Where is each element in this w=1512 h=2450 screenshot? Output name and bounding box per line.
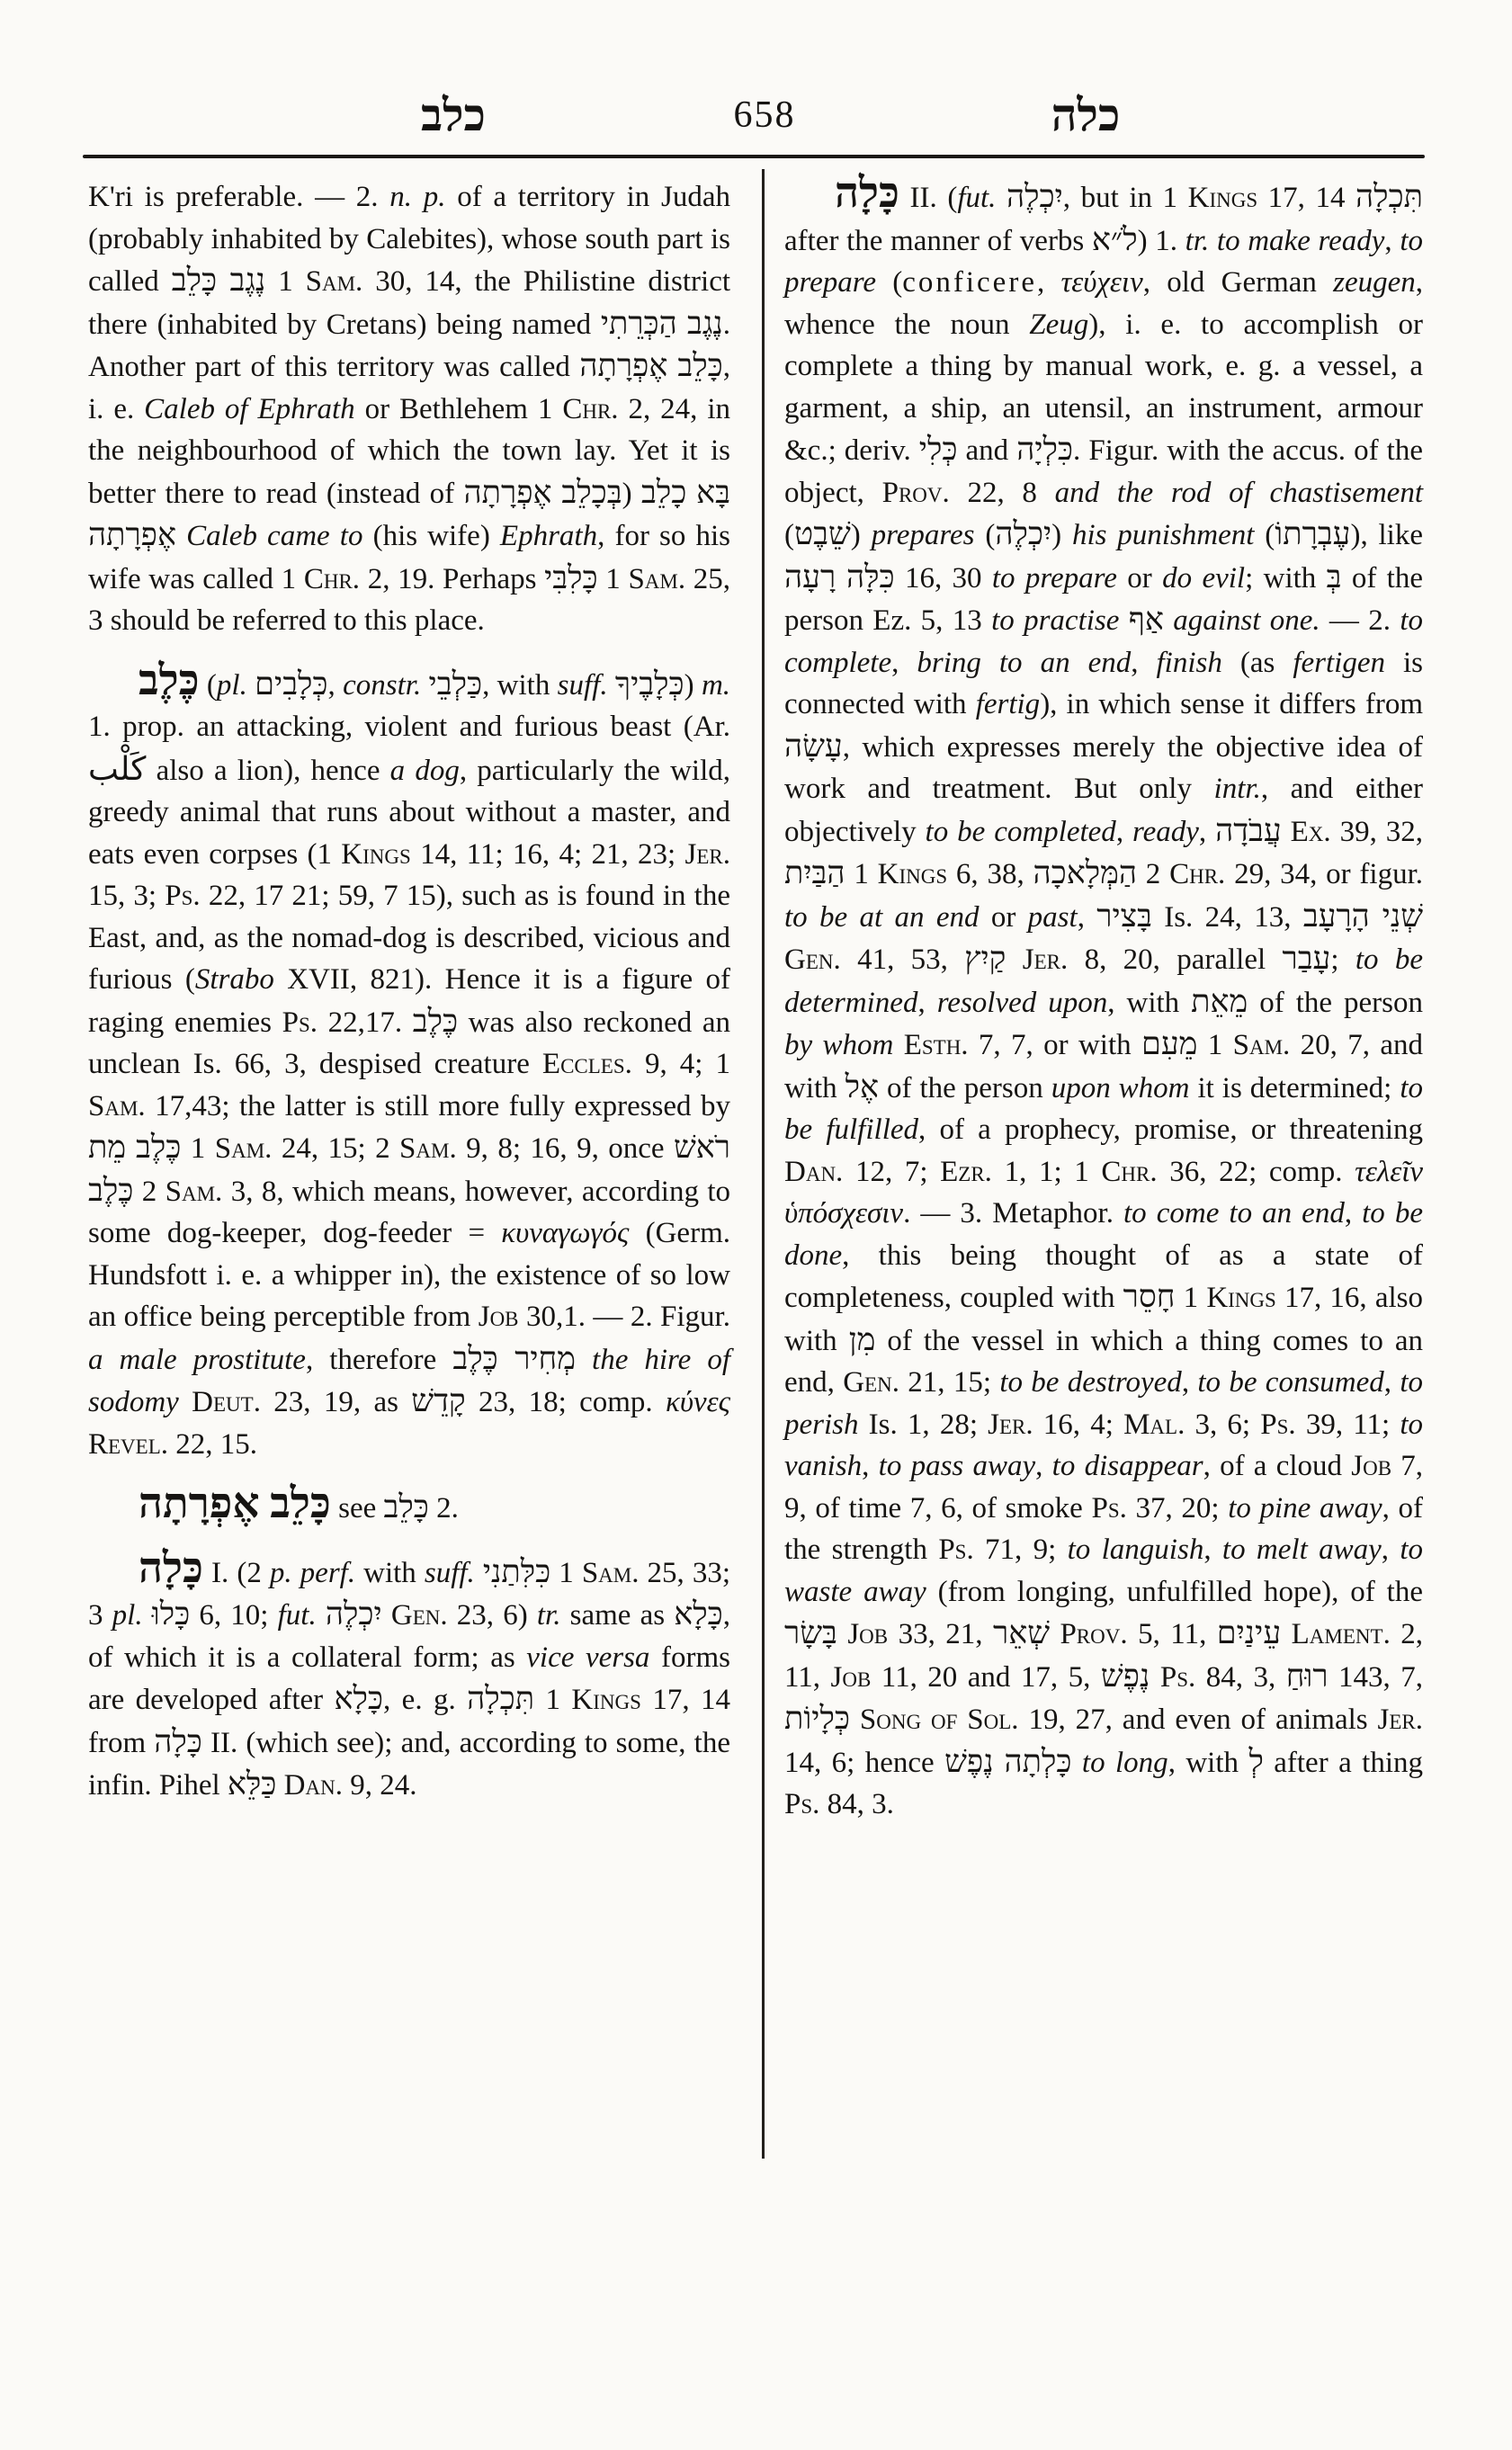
hebrew-word: מִן <box>849 1322 876 1357</box>
italic-text: past <box>1028 901 1078 934</box>
hebrew-word: יִכְלֶה <box>995 516 1051 551</box>
hebrew-word: קָדֵשׁ <box>411 1383 465 1418</box>
hebrew-word: מֵעִם <box>1141 1026 1197 1061</box>
italic-text: to prepare <box>992 562 1117 595</box>
reference-abbrev: Sam. <box>1233 1029 1291 1061</box>
text <box>1072 1747 1082 1779</box>
text <box>893 1029 903 1061</box>
text: or Bethlehem 1 <box>355 393 563 425</box>
text: ) 1. <box>1138 225 1185 257</box>
text: 37, 20; <box>1127 1492 1228 1525</box>
hebrew-word: כְּלָיוֹת <box>784 1701 850 1736</box>
reference-abbrev: Kings <box>341 838 411 871</box>
hebrew-word: תִּכְלָה <box>467 1681 534 1716</box>
italic-text: a male prostitute <box>88 1344 306 1376</box>
reference-abbrev: Sam. <box>399 1132 457 1165</box>
reference-abbrev: Sam. <box>215 1132 273 1165</box>
italic-text: resolved upon <box>937 987 1108 1019</box>
italic-text: to come to an end <box>1123 1197 1345 1229</box>
reference-abbrev: Sam. <box>582 1557 640 1589</box>
hebrew-word: נֶגֶב הַכְּרֵתִי <box>601 306 723 341</box>
text: ( <box>975 519 996 551</box>
text: 33, 21, <box>888 1618 993 1650</box>
italic-text: fut. <box>278 1599 317 1632</box>
left-column: K'ri is preferable. — 2. n. p. of a terr… <box>88 176 730 1807</box>
text: 36, 22; comp. <box>1158 1156 1355 1188</box>
italic-text: to pine away <box>1228 1492 1382 1525</box>
hebrew-word: עֵינַיִם <box>1217 1615 1281 1650</box>
text <box>1164 604 1173 637</box>
reference-abbrev: Kings <box>571 1684 641 1716</box>
hebrew-word: עֶבְרָתוֹ <box>1275 516 1350 551</box>
reference-abbrev: Gen. <box>784 943 841 976</box>
reference-abbrev: Chr. <box>562 393 618 425</box>
text: 143, 7, <box>1329 1661 1423 1694</box>
text: 23, 6) <box>448 1599 537 1632</box>
italic-text: fertig <box>976 688 1041 720</box>
hebrew-word: כָּלֵב <box>384 1489 429 1525</box>
text <box>421 669 428 702</box>
text <box>1006 943 1022 976</box>
italic-text: m. <box>702 669 730 702</box>
text: after the manner of verbs <box>784 225 1092 257</box>
reference-abbrev: Ex. <box>1291 816 1331 848</box>
italic-text: zeugen <box>1333 266 1416 299</box>
reference-abbrev: Mal. <box>1123 1408 1185 1441</box>
italic-text: against one. <box>1173 604 1320 637</box>
entry-kalah-I: כָּלָה I. (2 p. perf. with suff. כִּלִּת… <box>88 1551 730 1807</box>
hebrew-headword: כָּלֵב אֶפְרָתָה <box>139 1480 331 1527</box>
text: ), in which sense it differs from <box>1040 688 1423 720</box>
text: , <box>1035 1450 1052 1482</box>
right-column: כָּלָה II. (fut. יִכְלֶה, but in 1 Kings… <box>784 176 1423 1826</box>
hebrew-word: כָּלִבִּי <box>544 560 598 595</box>
reference-abbrev: Jer. <box>1378 1703 1423 1736</box>
italic-text: ready <box>1132 816 1199 848</box>
hebrew-word: לְ <box>1248 1744 1263 1779</box>
text: , with <box>1168 1747 1249 1779</box>
text: K'ri is preferable. — 2. <box>88 181 389 213</box>
text: Is. 1, 28; <box>859 1408 989 1441</box>
text: 1 <box>1197 1029 1232 1061</box>
reference-abbrev: Ps. <box>1260 1408 1295 1441</box>
italic-text: suff. <box>558 669 608 702</box>
text: , but in 1 <box>1063 182 1188 214</box>
italic-text: bring to an end <box>917 647 1131 679</box>
text: 22,17. <box>318 1006 413 1039</box>
reference-abbrev: Chr. <box>1169 858 1225 890</box>
hebrew-headword: כָּלָה <box>835 170 899 217</box>
text: , therefore <box>306 1344 452 1376</box>
text: 84, 3, <box>1195 1661 1285 1694</box>
italic-text: and the rod of chastisement <box>1055 477 1423 509</box>
reference-abbrev: Ps. <box>938 1533 973 1566</box>
hebrew-word: שְׁאֵר <box>993 1615 1050 1650</box>
hebrew-word: קַיִץ <box>964 941 1006 976</box>
greek-word: κύνες <box>666 1386 730 1418</box>
hebrew-word: כְּלָבֶיךָ <box>615 666 684 702</box>
text: 24, 15; 2 <box>272 1132 399 1165</box>
text: of the person <box>1248 987 1423 1019</box>
italic-text: pl. <box>112 1599 143 1632</box>
text: 17, 14 <box>1257 182 1355 214</box>
hebrew-word: יִכְלֶה <box>1007 179 1063 214</box>
italic-text: prepares <box>872 519 975 551</box>
text: (from longing, unfulfilled hope), of the <box>926 1576 1423 1608</box>
text: 1, 1; 1 <box>992 1156 1101 1188</box>
italic-text: to be destroyed <box>999 1366 1182 1399</box>
reference-abbrev: Dan. <box>784 1156 843 1188</box>
text: I. (2 <box>203 1557 270 1589</box>
hebrew-word: כָּלָא <box>674 1596 722 1632</box>
hebrew-word: נֶפֶשׁ <box>1101 1659 1150 1694</box>
text: 23, 18; comp. <box>466 1386 666 1418</box>
text: , <box>1384 225 1400 257</box>
hebrew-word: עֲבֹדָה <box>1215 813 1282 848</box>
italic-text: Zeug <box>1029 308 1088 341</box>
italic-text: upon whom <box>1051 1072 1190 1104</box>
text: or <box>1117 562 1162 595</box>
text: 2, 19. Perhaps <box>360 563 544 595</box>
reference-abbrev: Ps. <box>784 1788 819 1820</box>
reference-abbrev: Sam. <box>88 1090 146 1122</box>
italic-text: do evil <box>1162 562 1245 595</box>
hebrew-word: הַמְּלָאכָה <box>1033 855 1138 890</box>
text: 3, 6; <box>1185 1408 1260 1441</box>
reference-abbrev: Sam. <box>628 563 685 595</box>
text: , <box>1037 266 1060 299</box>
text: , with <box>482 669 558 702</box>
italic-text: intr. <box>1214 773 1261 805</box>
text <box>1281 1618 1291 1650</box>
text: see <box>331 1492 384 1525</box>
text: 1 <box>598 563 629 595</box>
text: , e. g. <box>383 1684 467 1716</box>
text: 14, 11; 16, 4; 21, 23; <box>411 838 685 871</box>
hebrew-word: כְּלָבִים <box>255 666 327 702</box>
italic-text: to make ready <box>1217 225 1385 257</box>
text: , old German <box>1143 266 1333 299</box>
text: and <box>957 434 1016 467</box>
text: (as <box>1222 647 1293 679</box>
reference-abbrev: Prov. <box>1060 1618 1127 1650</box>
hebrew-word: בְּ <box>1327 559 1342 595</box>
reference-abbrev: Gen. <box>391 1599 448 1632</box>
italic-text: to be at an end <box>784 901 980 934</box>
reference-abbrev: Kings <box>878 858 948 890</box>
text: after a thing <box>1264 1747 1423 1779</box>
text: 15, 3; <box>88 880 165 912</box>
hebrew-word: כִּלָּה רָעָה <box>784 559 895 595</box>
italic-text: fut. <box>957 182 996 214</box>
text: 71, 9; <box>974 1533 1068 1566</box>
reference-abbrev: Ps. <box>282 1006 318 1039</box>
italic-text: to practise <box>991 604 1119 637</box>
text <box>576 1344 592 1376</box>
text: 17,43; the latter is still more fully ex… <box>146 1090 730 1122</box>
text: , with <box>1107 987 1191 1019</box>
hebrew-word: בְּכָלֵב אֶפְרָתָה <box>464 475 622 510</box>
text: 19, 27, and even of animals <box>1019 1703 1378 1736</box>
text: — 2. <box>1320 604 1400 637</box>
text <box>1209 225 1217 257</box>
italic-text: to disappear <box>1052 1450 1203 1482</box>
text: 1 <box>845 858 878 890</box>
reference-abbrev: Gen. <box>843 1366 899 1399</box>
text: 84, 3. <box>819 1788 894 1820</box>
text: 29, 34, or figur. <box>1225 858 1423 890</box>
italic-text: tr. <box>537 1599 561 1632</box>
italic-text: Caleb of Ephrath <box>144 393 355 425</box>
text: , <box>917 987 936 1019</box>
text <box>1119 604 1128 637</box>
greek-word: κυναγωγός <box>501 1217 629 1249</box>
text: , <box>1131 647 1156 679</box>
continuation-paragraph-kri: K'ri is preferable. — 2. n. p. of a terr… <box>88 176 730 642</box>
text: , <box>862 1450 879 1482</box>
text: 1 <box>550 1557 582 1589</box>
text: 2 <box>1137 858 1169 890</box>
reference-abbrev: Eccles. <box>542 1048 632 1080</box>
text: 2. <box>429 1492 459 1525</box>
italic-text: finish <box>1156 647 1221 679</box>
hebrew-word: מְחִיר כֶּלֶב <box>452 1341 576 1376</box>
text: (his wife) <box>362 520 499 552</box>
text <box>1150 1661 1159 1694</box>
text: 16, 4; <box>1033 1408 1123 1441</box>
hebrew-headword: כֶּלֶב <box>139 657 200 704</box>
hebrew-word: אַף <box>1129 602 1164 637</box>
crossref-kalev-ephrathah: כָּלֵב אֶפְרָתָה see כָּלֵב 2. <box>88 1487 730 1530</box>
hebrew-word: רוּחַ <box>1286 1659 1329 1694</box>
text: 1. prop. an attacking, violent and furio… <box>88 711 730 743</box>
hebrew-word: כְּלִי <box>919 432 958 467</box>
text: 6, 38, <box>947 858 1033 890</box>
text: , <box>1116 816 1132 848</box>
hebrew-word: כָּלוּ <box>152 1596 190 1632</box>
italic-text: constr. <box>343 669 421 702</box>
italic-text: Caleb came to <box>186 520 362 552</box>
reference-abbrev: Sam. <box>166 1176 223 1208</box>
text: ) <box>1051 519 1072 551</box>
text: , <box>1382 1533 1400 1566</box>
hebrew-word: כַּלֵּא <box>228 1766 276 1802</box>
text: Is. 24, 13, <box>1152 901 1303 934</box>
hebrew-word: כֶּלֶב <box>413 1004 458 1039</box>
text: , <box>1199 816 1215 848</box>
hebrew-word: נֶגֶב כָּלֵב <box>172 263 266 298</box>
italic-text: to languish <box>1068 1533 1204 1566</box>
hebrew-word: כִּלְיָה <box>1016 432 1073 467</box>
reference-abbrev: Jer. <box>1023 943 1068 976</box>
text: II. ( <box>899 182 957 214</box>
text <box>996 182 1007 214</box>
italic-text: to pass away <box>879 1450 1036 1482</box>
hebrew-word: כָּלְתָה נֶפֶשׁ <box>944 1744 1071 1779</box>
italic-text: p. perf. <box>270 1557 355 1589</box>
reference-abbrev: Ps. <box>1091 1492 1126 1525</box>
text: 41, 53, <box>841 943 965 976</box>
text: , <box>1203 1533 1222 1566</box>
hebrew-word: הַבַּיִת <box>784 855 845 890</box>
italic-text: to be completed <box>926 816 1116 848</box>
text: it is determined; <box>1190 1072 1400 1104</box>
italic-text: to long <box>1082 1747 1168 1779</box>
hebrew-word: שְׁנֵי הָרָעָב <box>1303 899 1423 934</box>
italic-text: pl. <box>217 669 247 702</box>
text: , <box>1182 1366 1198 1399</box>
hebrew-word: בָּצִיר <box>1096 899 1152 934</box>
hebrew-word: לֹ״א <box>1092 222 1138 257</box>
page-number: 658 <box>657 86 872 144</box>
text: 5, 11, <box>1128 1618 1217 1650</box>
text: 2 <box>133 1176 165 1208</box>
text: , <box>1078 901 1097 934</box>
text: 12, 7; <box>843 1156 940 1188</box>
text: ), like <box>1350 519 1423 551</box>
text: ; with <box>1245 562 1327 595</box>
text: 21, 15; <box>899 1366 999 1399</box>
text: ) <box>622 478 641 510</box>
italic-text: his punishment <box>1072 519 1255 551</box>
text: ( <box>200 669 217 702</box>
hebrew-word: כִּלִּתַנִי <box>483 1554 550 1589</box>
text: ( <box>876 266 902 299</box>
reference-abbrev: Job <box>1351 1450 1391 1482</box>
column-divider-rule <box>762 169 765 2159</box>
text: 1 <box>1175 1282 1206 1314</box>
italic-text: a dog <box>390 755 460 787</box>
text: 14, 6; hence <box>784 1747 944 1779</box>
reference-abbrev: Deut. <box>192 1386 261 1418</box>
text: with <box>355 1557 425 1589</box>
reference-abbrev: Chr. <box>304 563 360 595</box>
text <box>837 1618 847 1650</box>
text: of the person <box>879 1072 1051 1104</box>
text: 22, 15. <box>168 1428 257 1461</box>
reference-abbrev: Chr. <box>1101 1156 1157 1188</box>
hebrew-word: יִכְלֶה <box>326 1596 382 1632</box>
hebrew-word: אֶל <box>845 1069 879 1104</box>
text: 8, 20, parallel <box>1068 943 1282 976</box>
reference-abbrev: Revel. <box>88 1428 168 1461</box>
entry-kalah-II: כָּלָה II. (fut. יִכְלֶה, but in 1 Kings… <box>784 176 1423 1826</box>
text <box>317 1599 326 1632</box>
text: 6, 10; <box>190 1599 277 1632</box>
italic-text: n. p. <box>389 181 445 213</box>
reference-abbrev: Prov. <box>882 477 950 509</box>
text: ) <box>684 669 702 702</box>
text: or <box>980 901 1028 934</box>
reference-abbrev: Sam. <box>306 265 363 298</box>
text <box>850 1703 860 1736</box>
hebrew-word: בָּשָׂר <box>784 1615 837 1650</box>
text: , <box>891 647 917 679</box>
text <box>608 669 615 702</box>
reference-abbrev: Dan. <box>284 1769 343 1802</box>
running-head-left-catchword: כלב <box>309 86 597 144</box>
reference-abbrev: Job <box>847 1618 888 1650</box>
text: 39, 11; <box>1296 1408 1400 1441</box>
italic-text: Ephrath <box>500 520 597 552</box>
text: 1 <box>181 1132 214 1165</box>
text <box>475 1557 483 1589</box>
hebrew-word: תִּכְלָה <box>1355 179 1423 214</box>
reference-abbrev: Song of Sol. <box>860 1703 1019 1736</box>
italic-text: to be consumed <box>1197 1366 1383 1399</box>
hebrew-word: שֵׁבֶט <box>794 516 851 551</box>
text: 30,1. — 2. Figur. <box>519 1301 730 1333</box>
text: , <box>1384 1366 1400 1399</box>
greek-word: τεύχειν <box>1060 266 1142 299</box>
entry-kelev: כֶּלֶב (pl. כְּלָבִים, constr. כַּלְבֵי,… <box>88 664 730 1466</box>
text <box>179 1386 192 1418</box>
italic-text: to melt away <box>1222 1533 1382 1566</box>
text: 9, 4; 1 <box>632 1048 730 1080</box>
text <box>276 1769 283 1802</box>
text: 22, 8 <box>950 477 1055 509</box>
text: , <box>1345 1197 1362 1229</box>
text: 1 <box>265 265 305 298</box>
reference-abbrev: Jer. <box>988 1408 1033 1441</box>
text <box>143 1599 152 1632</box>
text <box>247 669 255 702</box>
text: 39, 32, <box>1331 816 1423 848</box>
hebrew-word: מֵאֵת <box>1191 984 1248 1019</box>
reference-abbrev: Jer. <box>685 838 730 871</box>
reference-abbrev: Lament. <box>1292 1618 1391 1650</box>
reference-abbrev: Ezr. <box>940 1156 992 1188</box>
reference-abbrev: Job <box>831 1661 872 1694</box>
reference-abbrev: Ps. <box>1160 1661 1195 1694</box>
hebrew-word: חָסֵר <box>1123 1279 1176 1314</box>
hebrew-word: כָּלֵב אֶפְרָתָה <box>579 348 722 383</box>
italic-text: vice versa <box>526 1641 649 1674</box>
italic-text: fertigen <box>1293 647 1385 679</box>
text: 7, 7, or with <box>969 1029 1141 1061</box>
italic-text: suff. <box>425 1557 475 1589</box>
text: also a lion), hence <box>146 755 389 787</box>
italic-text: Strabo <box>195 963 274 996</box>
text <box>1282 816 1291 848</box>
header-rule <box>83 155 1425 158</box>
text: 11, 20 and 17, 5, <box>871 1661 1101 1694</box>
italic-text: tr. <box>1185 225 1210 257</box>
hebrew-word: כָּלָה <box>154 1724 202 1759</box>
text: , of a prophecy, promise, or threatening <box>918 1113 1423 1146</box>
text <box>1050 1618 1060 1650</box>
hebrew-word: כַּלְבֵי <box>429 666 483 702</box>
hebrew-word: כֶּלֶב מֵת <box>88 1130 181 1165</box>
reference-abbrev: Kings <box>1206 1282 1276 1314</box>
text: ( <box>1254 519 1275 551</box>
reference-abbrev: Job <box>479 1301 519 1333</box>
text: 16, 30 <box>895 562 992 595</box>
text: . — 3. Metaphor. <box>903 1197 1123 1229</box>
reference-abbrev: Kings <box>1188 182 1258 214</box>
text: 1 <box>534 1684 571 1716</box>
arabic-word: كَلْب <box>88 751 146 787</box>
text <box>176 520 186 552</box>
text: , of a cloud <box>1203 1450 1352 1482</box>
hebrew-word: כָּלָא <box>335 1681 383 1716</box>
text <box>382 1599 391 1632</box>
dictionary-page: כלב 658 כלה K'ri is preferable. — 2. n. … <box>0 0 1512 2450</box>
text: , <box>328 669 344 702</box>
text: ) <box>851 519 872 551</box>
hebrew-word: עָשָׂה <box>784 729 843 764</box>
text: ( <box>784 519 794 551</box>
